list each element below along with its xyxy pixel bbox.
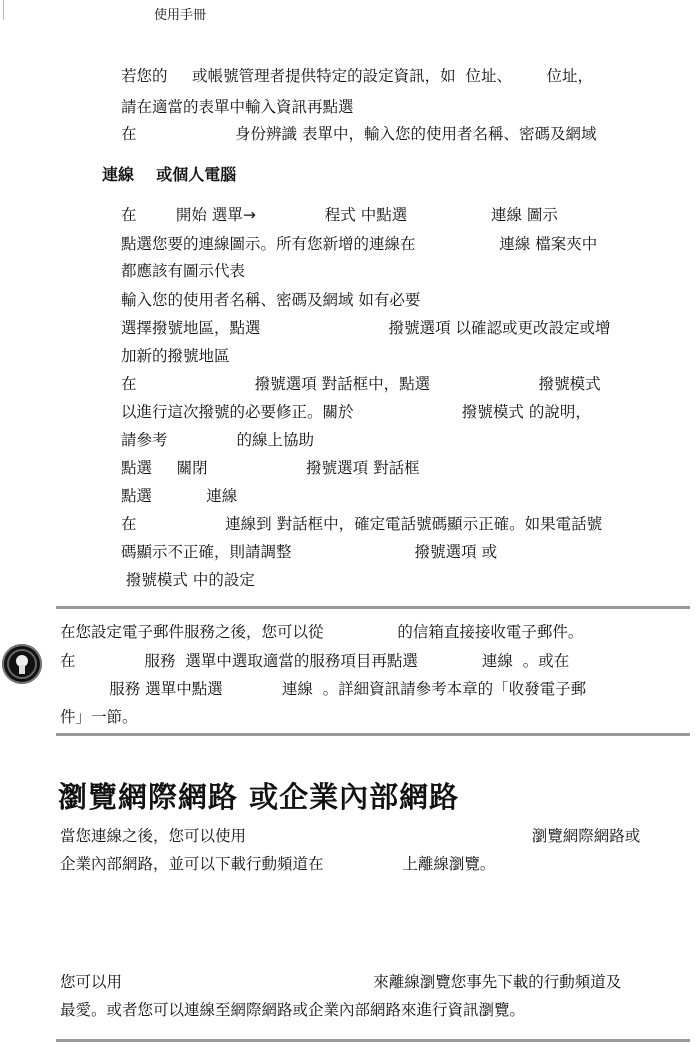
intro-line: 在 身份辨識 表單中，輸入您的使用者名稱、密碼及網域 [121,124,596,144]
lightbulb-icon [2,644,42,684]
tip-line: 在 服務 選單中選取適當的服務項目再點選 連線 。或在 [60,651,569,671]
step-line: 在 開始 選單→ 程式 中點選 連線 圖示 [121,205,558,225]
step-line: 點選您要的連線圖示。所有您新增的連線在 連線 檔案夾中 [121,234,597,254]
step-line: 輸入您的使用者名稱、密碼及網域 如有必要 [121,290,420,310]
tip-line: 在您設定電子郵件服務之後，您可以從 的信箱直接接收電子郵件。 [60,622,583,642]
divider-rule [56,1039,690,1042]
tip-line: 服務 選單中點選 連線 。詳細資訊請參考本章的「收發電子郵 [60,679,586,699]
step-line: 都應該有圖示代表 [121,261,245,281]
tip-line: 件」一節。 [60,707,138,727]
step-line: 在 撥號選項 對話框中，點選 撥號模式 [121,374,601,394]
step-line: 選擇撥號地區，點選 撥號選項 以確認或更改設定或增 [121,318,611,338]
step-line: 點選 關閉 撥號選項 對話框 [121,458,420,478]
body-line: 最愛。或者您可以連線至網際網路或企業內部網路來進行資訊瀏覽。 [60,1000,525,1020]
step-line: 撥號模式 中的設定 [121,570,255,590]
section-heading: 連線 或個人電腦 [102,162,236,185]
page-edge-line [3,0,4,20]
divider-rule [56,733,690,736]
page-header: 使用手冊 [154,4,206,23]
step-line: 以進行這次撥號的必要修正。關於 撥號模式 的說明， [121,402,591,422]
divider-rule [56,606,690,609]
section-title: 瀏覽網際網路 或企業內部網路 [58,775,459,816]
body-line: 當您連線之後，您可以使用 瀏覽網際網路或 [60,826,640,846]
step-line: 加新的撥號地區 [121,346,230,366]
step-line: 請參考 的線上協助 [121,430,314,450]
step-line: 在 連線到 對話框中，確定電話號碼顯示正確。如果電話號 [121,514,602,534]
intro-line: 若您的 或帳號管理者提供特定的設定資訊，如 位址、 位址， [121,66,593,86]
body-line: 企業內部網路，並可以下載行動頻道在 上離線瀏覽。 [60,854,495,874]
intro-line: 請在適當的表單中輸入資訊再點選 [121,97,354,117]
step-line: 碼顯示不正確，則請調整 撥號選項 或 [121,542,497,562]
body-line: 您可以用 來離線瀏覽您事先下載的行動頻道及 [60,972,621,992]
step-line: 點選 連線 [121,486,237,506]
